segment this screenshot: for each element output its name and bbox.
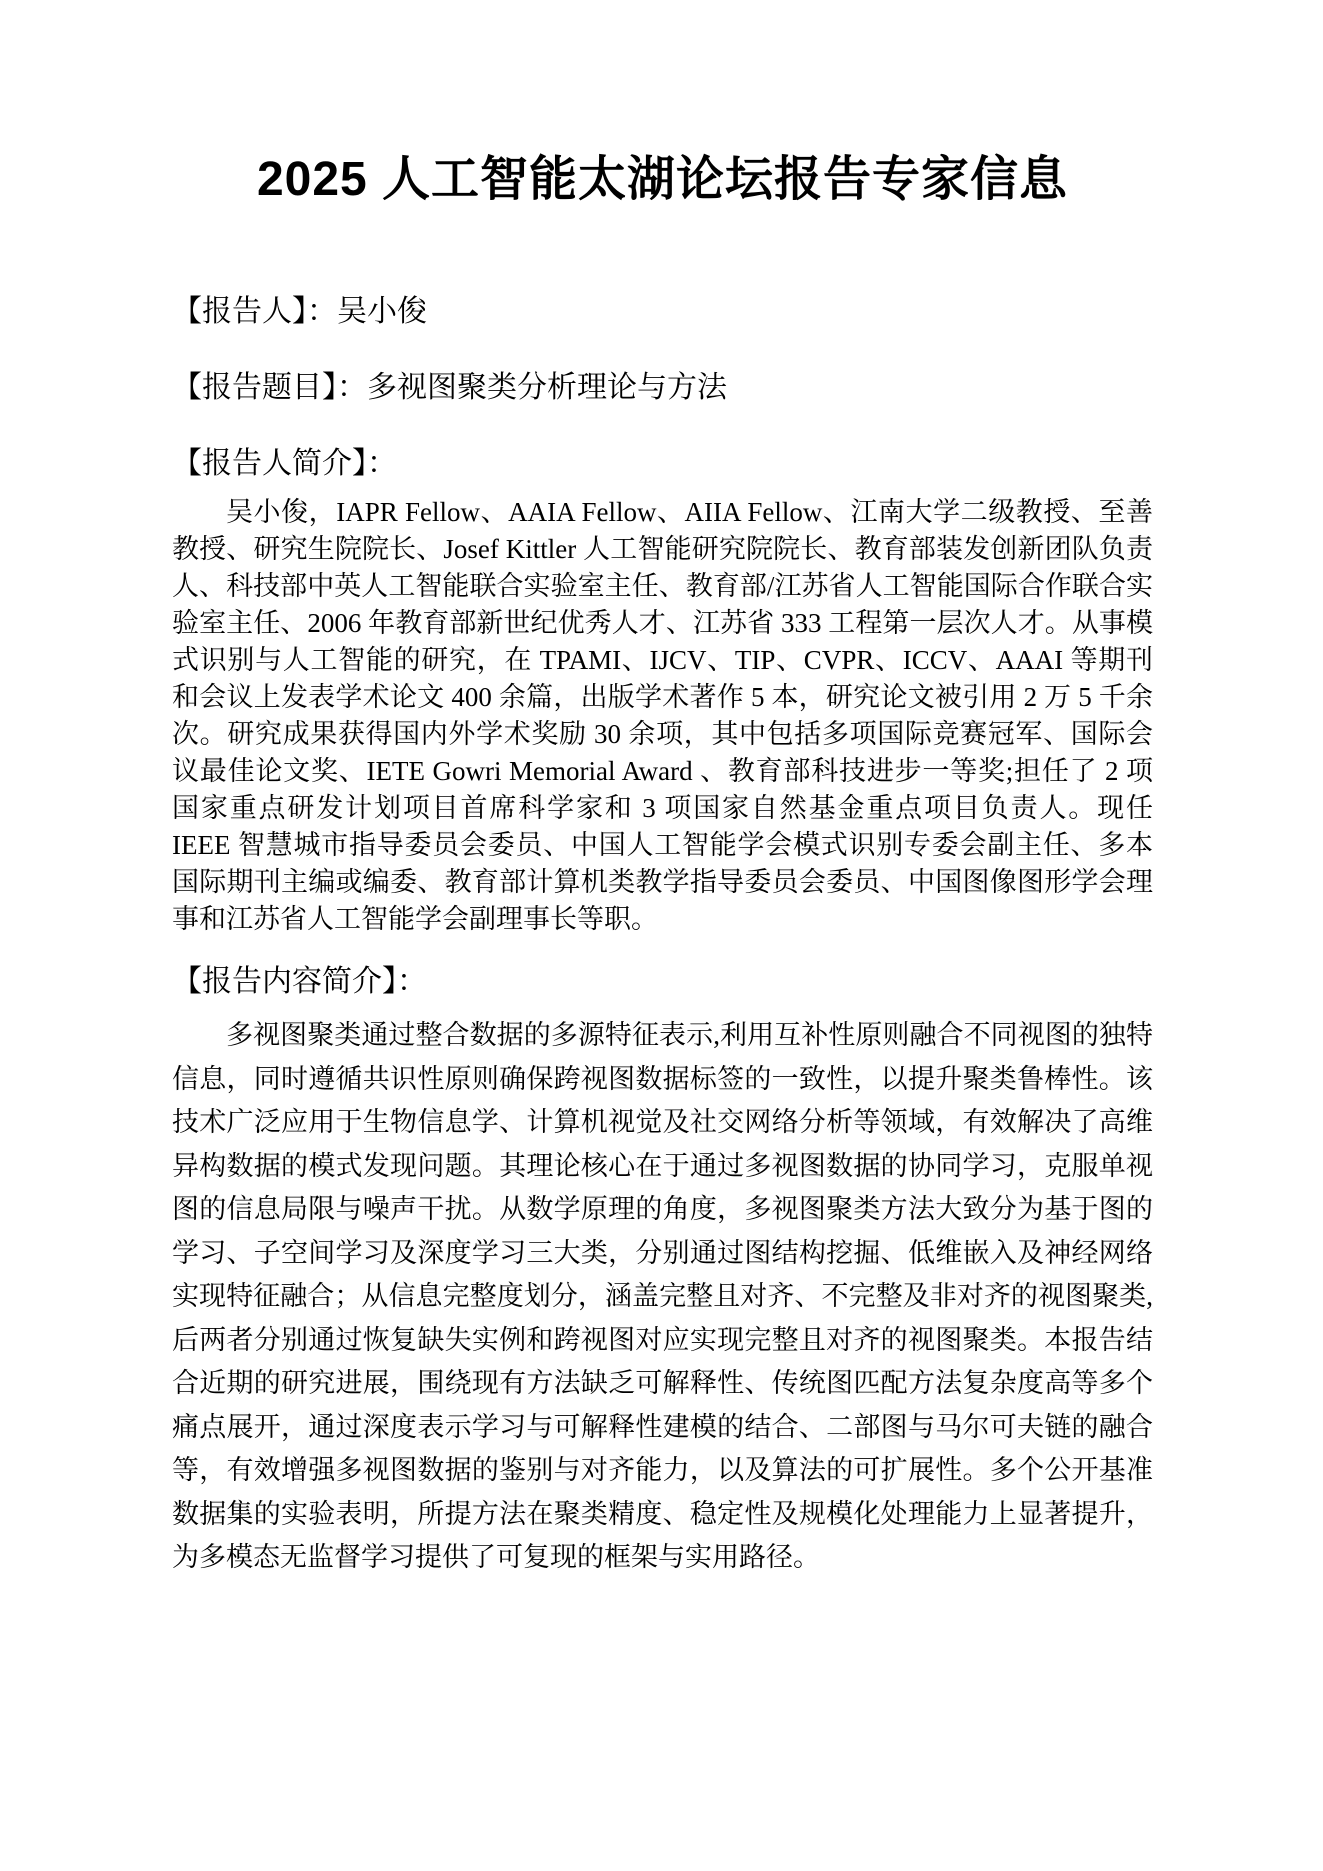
topic-label: 【报告题目】：	[172, 371, 367, 404]
topic-value: 多视图聚类分析理论与方法	[367, 371, 727, 404]
speaker-value: 吴小俊	[337, 295, 427, 328]
speaker-field: 【报告人】：吴小俊	[172, 294, 1153, 330]
bio-paragraph: 吴小俊，IAPR Fellow、AAIA Fellow、AIIA Fellow、…	[172, 494, 1153, 938]
document-title: 2025 人工智能太湖论坛报告专家信息	[172, 150, 1153, 210]
bio-section-heading: 【报告人简介】：	[172, 446, 1153, 482]
speaker-label: 【报告人】：	[172, 295, 337, 328]
abstract-paragraph: 多视图聚类通过整合数据的多源特征表示,利用互补性原则融合不同视图的独特信息，同时…	[172, 1014, 1153, 1580]
topic-field: 【报告题目】：多视图聚类分析理论与方法	[172, 370, 1153, 406]
abstract-section-heading: 【报告内容简介】：	[172, 964, 1153, 1000]
document-page: 2025 人工智能太湖论坛报告专家信息 【报告人】：吴小俊 【报告题目】：多视图…	[0, 0, 1323, 1871]
